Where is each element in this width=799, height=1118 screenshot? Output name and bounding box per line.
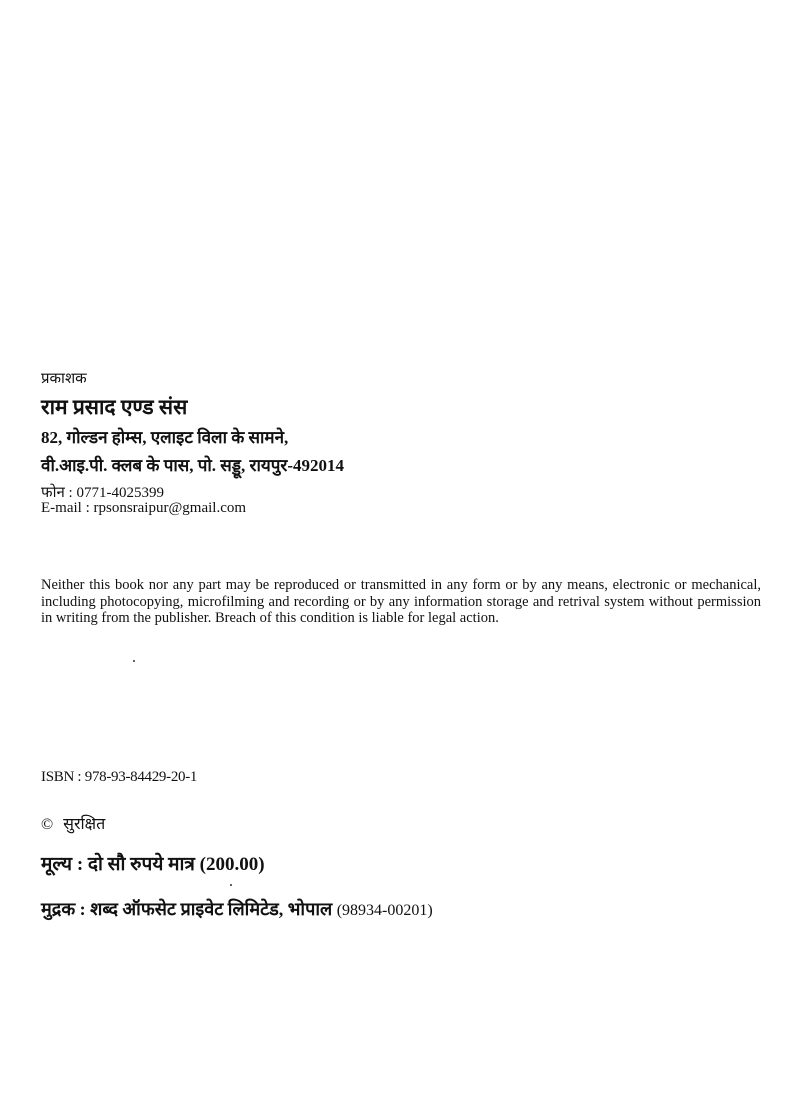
printer-line: मुद्रक : शब्द ऑफसेट प्राइवेट लिमिटेड, भो… [41, 897, 433, 921]
publisher-phone: फोन : 0771-4025399 [41, 482, 164, 502]
copyright-text: सुरक्षित [63, 816, 105, 833]
isbn: ISBN : 978-93-84429-20-1 [41, 769, 197, 786]
publisher-address-line2: वी.आइ.पी. क्लब के पास, पो. सड्डू, रायपुर… [41, 453, 344, 476]
publisher-email: E-mail : rpsonsraipur@gmail.com [41, 500, 246, 517]
printer-phone: (98934-00201) [337, 902, 433, 919]
stray-dot [230, 884, 232, 886]
publisher-address-line1: 82, गोल्डन होम्स, एलाइट विला के सामने, [41, 425, 288, 448]
copyright-icon: © [41, 816, 53, 833]
publisher-name: राम प्रसाद एण्ड संस [41, 393, 187, 421]
price: मूल्य : दो सौ रुपये मात्र (200.00) [41, 850, 265, 876]
rights-notice: Neither this book nor any part may be re… [41, 577, 761, 627]
printer-name: मुद्रक : शब्द ऑफसेट प्राइवेट लिमिटेड, भो… [41, 899, 332, 919]
publisher-label: प्रकाशक [41, 368, 87, 388]
copyright-line: ©सुरक्षित [41, 812, 105, 834]
stray-dot [133, 660, 135, 662]
